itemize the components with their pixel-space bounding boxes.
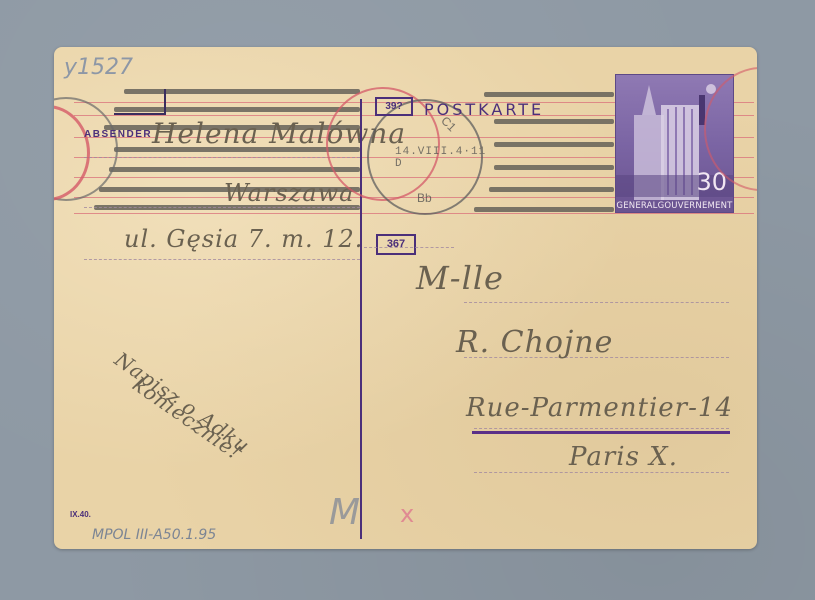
address-line [84,157,360,158]
recipient-name: R. Chojne [456,325,613,360]
recipient-city: Paris X. [569,442,678,472]
address-line [84,207,360,208]
message-line-2: koniecznie! [128,372,246,465]
cancel-line [494,165,614,170]
red-mark: x [400,500,414,528]
postmark-station: Bb [417,191,432,205]
pencil-mark: M [329,492,360,533]
inventory-number: MPOL III-A50.1.95 [92,527,216,543]
print-code: IX.40. [70,510,91,519]
box-stamp-small [114,89,166,115]
sender-street: ul. Gęsia 7. m. 12. [124,225,363,253]
cancel-line [494,119,614,124]
postkarte-title: POSTKARTE [424,100,544,119]
recipient-street: Rue-Parmentier-14 [466,393,733,423]
absender-label: ABSENDER [84,129,152,140]
cancel-line [484,92,614,97]
address-line [84,259,360,260]
cancel-line [474,207,614,212]
address-line [364,247,454,248]
address-line [464,302,729,303]
postmark-date: 14.VIII.4·11 D [395,146,486,170]
stamp-caption: GENERALGOUVERNEMENT [616,201,733,211]
address-line [474,472,729,473]
address-line [474,428,729,429]
archive-number: y1527 [64,55,133,80]
cancel-line [489,187,614,192]
cancel-line [494,142,614,147]
cancel-line [109,167,360,172]
postcard: y1527 ABSENDER Helena Malówna Warszawa u… [54,47,757,549]
purple-underline [472,431,730,434]
box-stamp-number: 39? [375,97,413,116]
sender-city: Warszawa [224,179,354,207]
censor-box: 367 [376,234,416,255]
recipient-salutation: M-lle [416,259,504,297]
